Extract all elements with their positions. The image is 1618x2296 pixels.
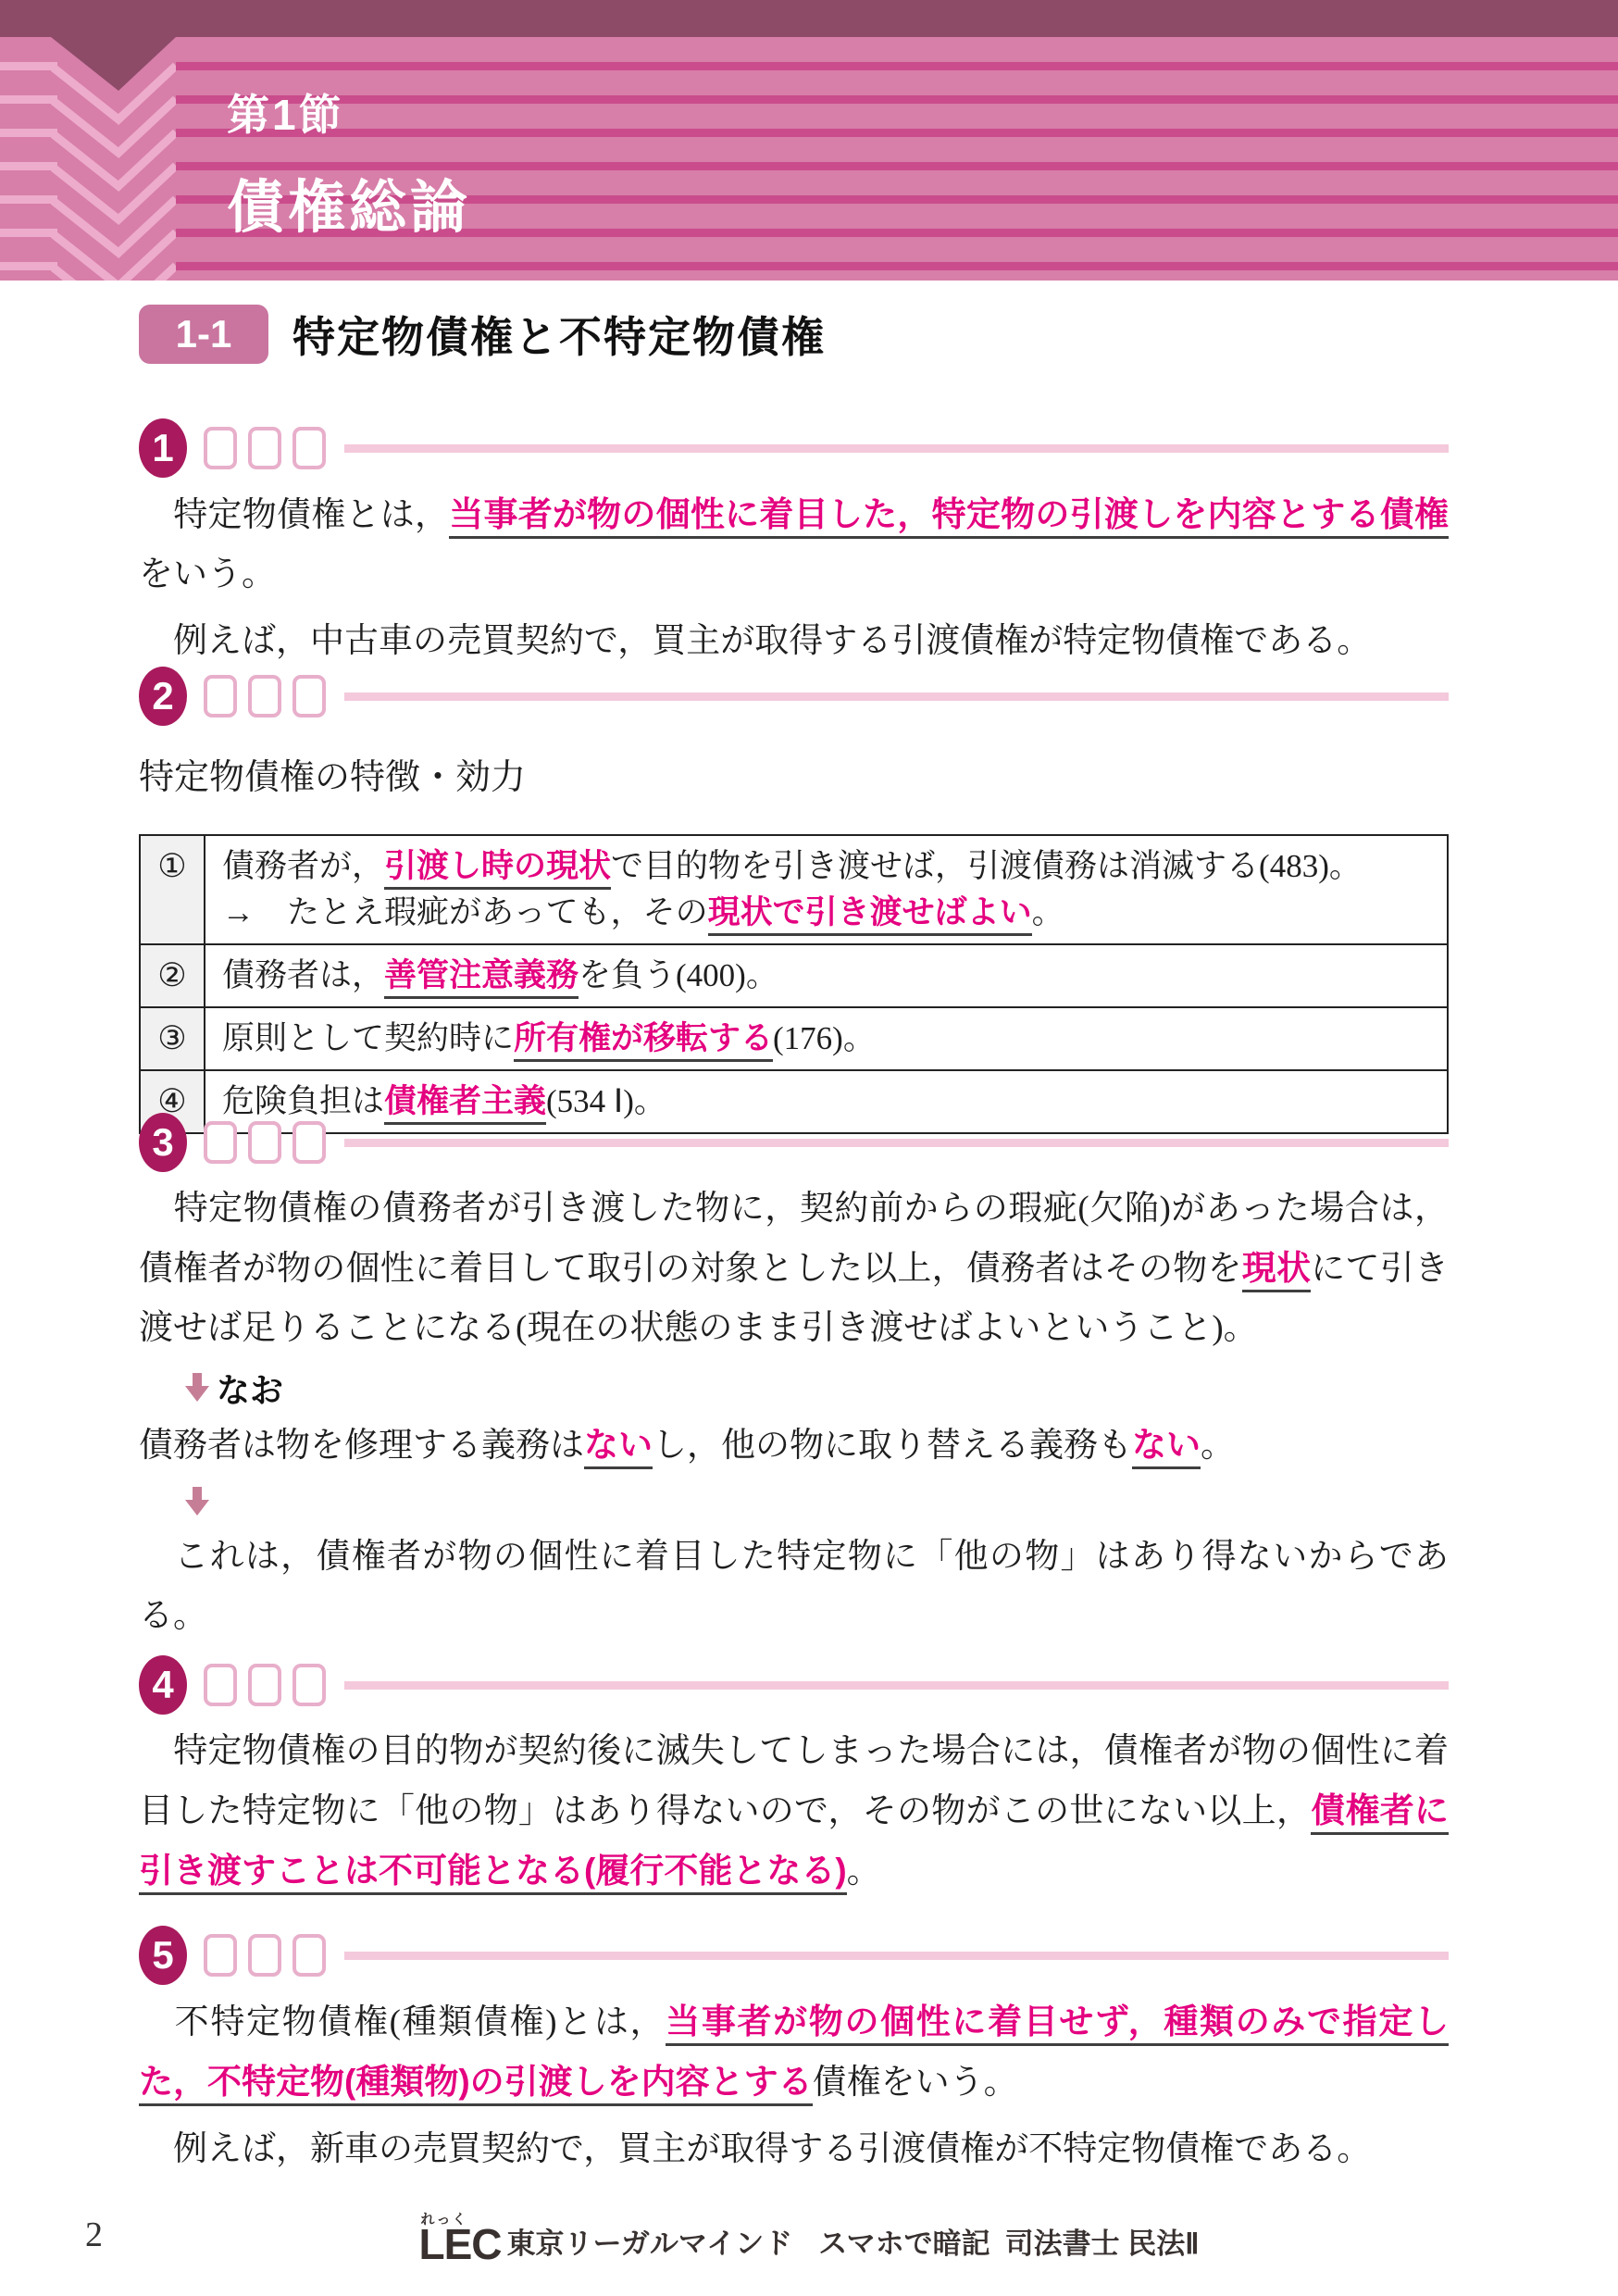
checkbox[interactable]	[204, 1934, 237, 1977]
item-number-circle: 1	[139, 418, 187, 478]
highlighted-text: 当事者が物の個性に着目した，特定物の引渡しを内容とする債権	[449, 495, 1449, 539]
row-number-cell: ②	[140, 944, 205, 1007]
cell-line: 原則として契約時に所有権が移転する(176)。	[222, 1016, 1430, 1062]
item-2-subtitle: 特定物債権の特徴・効力	[139, 748, 1449, 799]
book-title: 司法書士 民法Ⅱ	[1005, 2220, 1200, 2262]
item-4-paragraph-1: 特定物債権の目的物が契約後に滅失してしまった場合には，債権者が物の個性に着目した…	[139, 1722, 1449, 1902]
checkbox[interactable]	[292, 427, 326, 469]
checkbox[interactable]	[248, 1121, 281, 1164]
chevron-decoration	[51, 37, 176, 281]
section-heading: 1-1 特定物債権と不特定物債権	[139, 304, 826, 365]
item-number-circle: 2	[139, 667, 187, 726]
checkbox[interactable]	[292, 1121, 326, 1164]
row-number-cell: ③	[140, 1007, 205, 1070]
text-run: 特定物債権の目的物が契約後に滅失してしまった場合には，債権者が物の個性に着目した…	[139, 1732, 1449, 1830]
row-number-cell: ①	[140, 835, 205, 944]
down-arrow-icon	[185, 1487, 209, 1516]
down-arrow-icon	[185, 1373, 209, 1403]
item-3-paragraph-2: 債務者は物を修理する義務はないし，他の物に取り替える義務もない。	[139, 1416, 1449, 1476]
text-run: をいう。	[139, 555, 276, 593]
checkbox[interactable]	[292, 1934, 326, 1977]
chapter-header-band: 第1節 債権総論	[0, 0, 1618, 281]
table-row: ② 債務者は，善管注意義務を負う(400)。	[140, 944, 1448, 1007]
item-5: 5 不特定物債権(種類債権)とは，当事者が物の個性に着目せず，種類のみで指定した…	[139, 1926, 1449, 2179]
text-run: 原則として契約時に	[222, 1020, 514, 1056]
text-run: 。	[847, 1853, 881, 1890]
note-heading: なお	[185, 1367, 1449, 1408]
text-run: → たとえ瑕疵があっても，その	[222, 894, 708, 930]
item-2: 2 特定物債権の特徴・効力 ① 債務者が，引渡し時の現状で目的物を引き渡せば，引…	[139, 667, 1449, 1134]
item-5-paragraph-1: 不特定物債権(種類債権)とは，当事者が物の個性に着目せず，種類のみで指定した，不…	[139, 1992, 1449, 2113]
publisher-logo: れっく LEC 東京リーガルマインド スマホで暗記 司法書士 民法Ⅱ	[0, 2211, 1618, 2264]
highlighted-text: 善管注意義務	[384, 957, 579, 999]
checkbox[interactable]	[248, 427, 281, 469]
row-content-cell: 原則として契約時に所有権が移転する(176)。	[205, 1007, 1448, 1070]
item-1-marker-row: 1	[139, 418, 1449, 478]
checkbox[interactable]	[204, 1121, 237, 1164]
item-number-circle: 5	[139, 1926, 187, 1985]
publisher-name: 東京リーガルマインド	[506, 2220, 792, 2262]
text-run: 特定物債権とは，	[139, 496, 449, 534]
item-3-paragraph-3: これは，債権者が物の個性に着目した特定物に「他の物」はあり得ないからである。	[139, 1528, 1449, 1646]
text-run: を負う(400)。	[579, 957, 778, 993]
checkbox[interactable]	[248, 1664, 281, 1706]
text-run: 。	[1032, 894, 1064, 930]
lec-logo-furigana: れっく	[420, 2209, 467, 2228]
textbook-page: 第1節 債権総論 1-1 特定物債権と不特定物債権 1 特定物債権とは，当事者が…	[0, 0, 1618, 2296]
page-footer: 2 れっく LEC 東京リーガルマインド スマホで暗記 司法書士 民法Ⅱ	[0, 2211, 1618, 2266]
section-title: 特定物債権と不特定物債権	[292, 304, 826, 365]
note-label: なお	[217, 1365, 283, 1412]
section-number-badge: 1-1	[139, 305, 268, 364]
item-number-circle: 3	[139, 1113, 187, 1172]
row-content-cell: 債務者が，引渡し時の現状で目的物を引き渡せば，引渡債務は消滅する(483)。 →…	[205, 835, 1448, 944]
text-run: 債務者が，	[222, 848, 384, 884]
item-number-circle: 4	[139, 1655, 187, 1715]
item-2-marker-row: 2	[139, 667, 1449, 726]
row-content-cell: 債務者は，善管注意義務を負う(400)。	[205, 944, 1448, 1007]
marker-rule-line	[344, 1952, 1449, 1960]
item-5-marker-row: 5	[139, 1926, 1449, 1985]
chapter-header-top-strip	[0, 0, 1618, 37]
chapter-title: 債権総論	[227, 161, 471, 243]
highlighted-text: 所有権が移転する	[514, 1020, 773, 1062]
item-1: 1 特定物債権とは，当事者が物の個性に着目した，特定物の引渡しを内容とする債権を…	[139, 418, 1449, 671]
chapter-label: 第1節	[227, 81, 471, 143]
text-run: 債務者は，	[222, 957, 384, 993]
table-row: ① 債務者が，引渡し時の現状で目的物を引き渡せば，引渡債務は消滅する(483)。…	[140, 835, 1448, 944]
checkbox[interactable]	[292, 675, 326, 717]
marker-rule-line	[344, 693, 1449, 701]
text-run: 債権をいう。	[813, 2064, 1018, 2102]
cell-line: 債務者が，引渡し時の現状で目的物を引き渡せば，引渡債務は消滅する(483)。	[222, 843, 1430, 890]
text-run: で目的物を引き渡せば，引渡債務は消滅する(483)。	[611, 848, 1362, 884]
highlighted-text: 引渡し時の現状	[384, 848, 611, 890]
table-row: ③ 原則として契約時に所有権が移転する(176)。	[140, 1007, 1448, 1070]
item-5-paragraph-2: 例えば，新車の売買契約で，買主が取得する引渡債権が不特定物債権である。	[139, 2120, 1449, 2179]
left-stripe-decoration	[0, 37, 57, 281]
highlighted-text: 現状で引き渡せばよい	[708, 894, 1032, 936]
marker-rule-line	[344, 1681, 1449, 1690]
item-4: 4 特定物債権の目的物が契約後に滅失してしまった場合には，債権者が物の個性に着目…	[139, 1655, 1449, 1902]
consequence-arrow	[185, 1483, 1449, 1520]
cell-line: → たとえ瑕疵があっても，その現状で引き渡せばよい。	[222, 890, 1430, 936]
checkbox[interactable]	[248, 1934, 281, 1977]
chapter-titles: 第1節 債権総論	[227, 81, 471, 243]
features-table: ① 債務者が，引渡し時の現状で目的物を引き渡せば，引渡債務は消滅する(483)。…	[139, 834, 1449, 1134]
text-run: し，他の物に取り替える義務も	[653, 1427, 1132, 1465]
checkbox[interactable]	[292, 1664, 326, 1706]
checkbox[interactable]	[204, 675, 237, 717]
checkbox[interactable]	[204, 427, 237, 469]
highlighted-text: 現状	[1242, 1249, 1312, 1292]
lec-logo: れっく LEC	[418, 2211, 501, 2264]
item-4-marker-row: 4	[139, 1655, 1449, 1715]
marker-rule-line	[344, 444, 1449, 453]
text-run: 債務者は物を修理する義務は	[139, 1427, 584, 1465]
item-1-paragraph-1: 特定物債権とは，当事者が物の個性に着目した，特定物の引渡しを内容とする債権をいう…	[139, 485, 1449, 605]
text-run: (176)。	[773, 1020, 876, 1056]
item-1-paragraph-2: 例えば，中古車の売買契約で，買主が取得する引渡債権が特定物債権である。	[139, 612, 1449, 671]
item-3-marker-row: 3	[139, 1113, 1449, 1172]
highlighted-text: ない	[584, 1426, 653, 1469]
text-run: 。	[1201, 1427, 1235, 1465]
checkbox[interactable]	[204, 1664, 237, 1706]
cell-line: 債務者は，善管注意義務を負う(400)。	[222, 953, 1430, 999]
marker-rule-line	[344, 1139, 1449, 1147]
item-3: 3 特定物債権の債務者が引き渡した物に，契約前からの瑕疵(欠陥)があった場合は，…	[139, 1113, 1449, 1646]
checkbox[interactable]	[248, 675, 281, 717]
series-name: スマホで暗記	[818, 2220, 989, 2262]
highlighted-text: ない	[1132, 1426, 1201, 1469]
item-3-paragraph-1: 特定物債権の債務者が引き渡した物に，契約前からの瑕疵(欠陥)があった場合は，債権…	[139, 1179, 1449, 1358]
text-run: 不特定物債権(種類債権)とは，	[139, 2003, 666, 2041]
